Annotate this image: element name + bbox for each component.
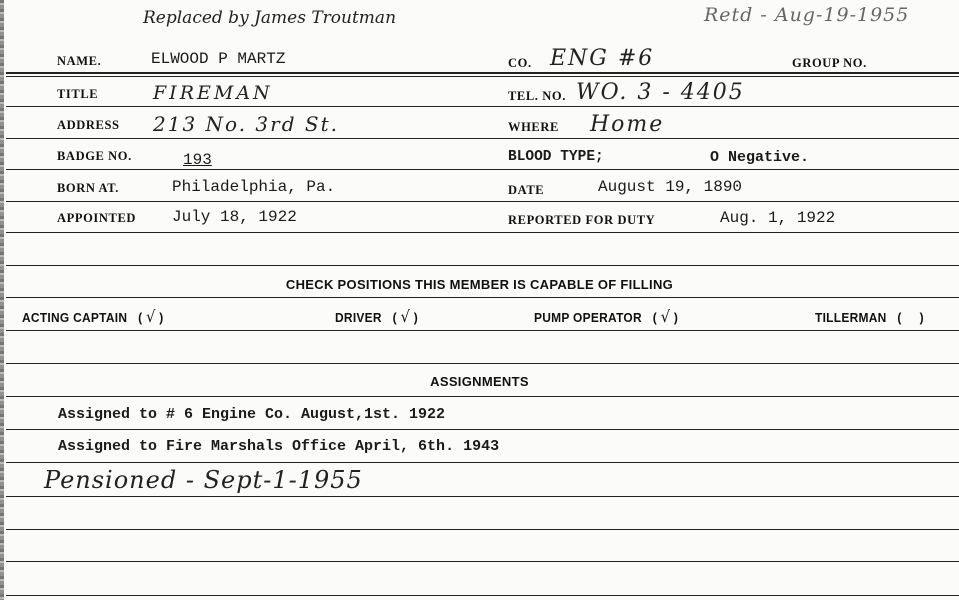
born-at-value: Philadelphia, Pa. <box>172 178 335 196</box>
appointed-label: APPOINTED <box>57 211 136 226</box>
rule <box>6 330 959 331</box>
replaced-by-note: Replaced by James Troutman <box>143 8 396 28</box>
reported-label: REPORTED FOR DUTY <box>508 213 655 228</box>
rule <box>6 138 959 139</box>
address-label: ADDRESS <box>57 118 120 133</box>
address-value: 213 No. 3rd St. <box>153 112 339 136</box>
position-pump-operator: PUMP OPERATOR ( √ ) <box>534 307 678 326</box>
rule <box>6 106 959 107</box>
company-value: ENG #6 <box>550 46 654 71</box>
personnel-record-card: Replaced by James Troutman Retd - Aug-19… <box>0 0 959 600</box>
position-label: ACTING CAPTAIN <box>22 310 127 325</box>
rule <box>6 169 959 170</box>
where-label: WHERE <box>508 120 559 135</box>
date-label: DATE <box>508 183 544 198</box>
card-torn-edge <box>0 0 4 600</box>
rule <box>6 363 959 364</box>
date-value: August 19, 1890 <box>598 178 742 196</box>
checkmark-icon: √ <box>401 307 411 326</box>
tel-label: TEL. NO. <box>508 89 566 104</box>
position-label: PUMP OPERATOR <box>534 310 642 325</box>
blood-label: BLOOD TYPE; <box>508 149 604 165</box>
checkmark-icon: √ <box>146 307 156 326</box>
reported-value: Aug. 1, 1922 <box>720 209 835 227</box>
badge-label: BADGE NO. <box>57 149 132 164</box>
position-label: DRIVER <box>335 310 382 325</box>
position-label: TILLERMAN <box>815 310 887 325</box>
rule <box>6 72 959 74</box>
rule <box>6 462 959 463</box>
group-label: GROUP NO. <box>792 56 867 71</box>
rule <box>6 496 959 497</box>
title-value: FIREMAN <box>153 82 273 104</box>
assignments-heading: ASSIGNMENTS <box>0 374 959 389</box>
position-tillerman: TILLERMAN ( ) <box>815 307 924 326</box>
rule <box>6 265 959 266</box>
blood-value: O Negative. <box>710 149 809 166</box>
name-value: ELWOOD P MARTZ <box>151 50 285 68</box>
appointed-value: July 18, 1922 <box>172 208 297 226</box>
assignment-entry-handwritten: Pensioned - Sept-1-1955 <box>44 466 363 494</box>
where-value: Home <box>590 112 664 137</box>
rule <box>6 561 959 562</box>
name-label: NAME. <box>57 54 101 69</box>
rule <box>6 429 959 430</box>
position-acting-captain: ACTING CAPTAIN ( √ ) <box>22 307 164 326</box>
assignment-entry: Assigned to # 6 Engine Co. August,1st. 1… <box>58 406 445 423</box>
company-label: CO. <box>508 56 532 71</box>
born-at-label: BORN AT. <box>57 181 119 196</box>
tel-value: WO. 3 - 4405 <box>576 80 745 105</box>
badge-value: 193 <box>183 151 212 169</box>
retired-note: Retd - Aug-19-1955 <box>704 4 909 26</box>
rule <box>6 232 959 233</box>
positions-heading: CHECK POSITIONS THIS MEMBER IS CAPABLE O… <box>0 277 959 292</box>
rule <box>6 201 959 202</box>
assignment-entry: Assigned to Fire Marshals Office April, … <box>58 438 499 455</box>
rule <box>6 529 959 530</box>
rule <box>6 595 959 596</box>
rule <box>6 297 959 298</box>
title-label: TITLE <box>57 87 98 102</box>
rule <box>6 396 959 397</box>
checkmark-icon: √ <box>661 307 671 326</box>
position-driver: DRIVER ( √ ) <box>335 307 418 326</box>
